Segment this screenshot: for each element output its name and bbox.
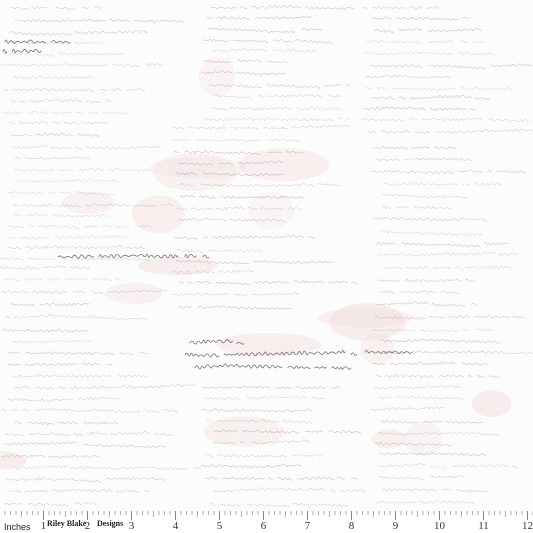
ruler-number: 2: [85, 520, 91, 532]
brand-designs: Designs: [97, 519, 123, 528]
ruler-number: 8: [349, 520, 355, 532]
ruler-number: 11: [478, 520, 489, 532]
ruler-number: 12: [522, 520, 533, 532]
ruler-number: 3: [129, 520, 135, 532]
brand-name: Riley Blake: [47, 519, 86, 528]
ruler-number: 1: [41, 520, 47, 532]
ruler-unit-label: Inches: [4, 522, 31, 532]
measuring-ruler: Inches Riley Blake Designs 1234567891011…: [0, 511, 533, 533]
ruler-number: 10: [434, 520, 445, 532]
fabric-swatch: [0, 0, 533, 533]
ruler-number: 4: [173, 520, 179, 532]
ruler-number: 9: [393, 520, 399, 532]
ruler-number: 7: [305, 520, 311, 532]
ruler-number: 5: [217, 520, 223, 532]
ruler-number: 6: [261, 520, 267, 532]
